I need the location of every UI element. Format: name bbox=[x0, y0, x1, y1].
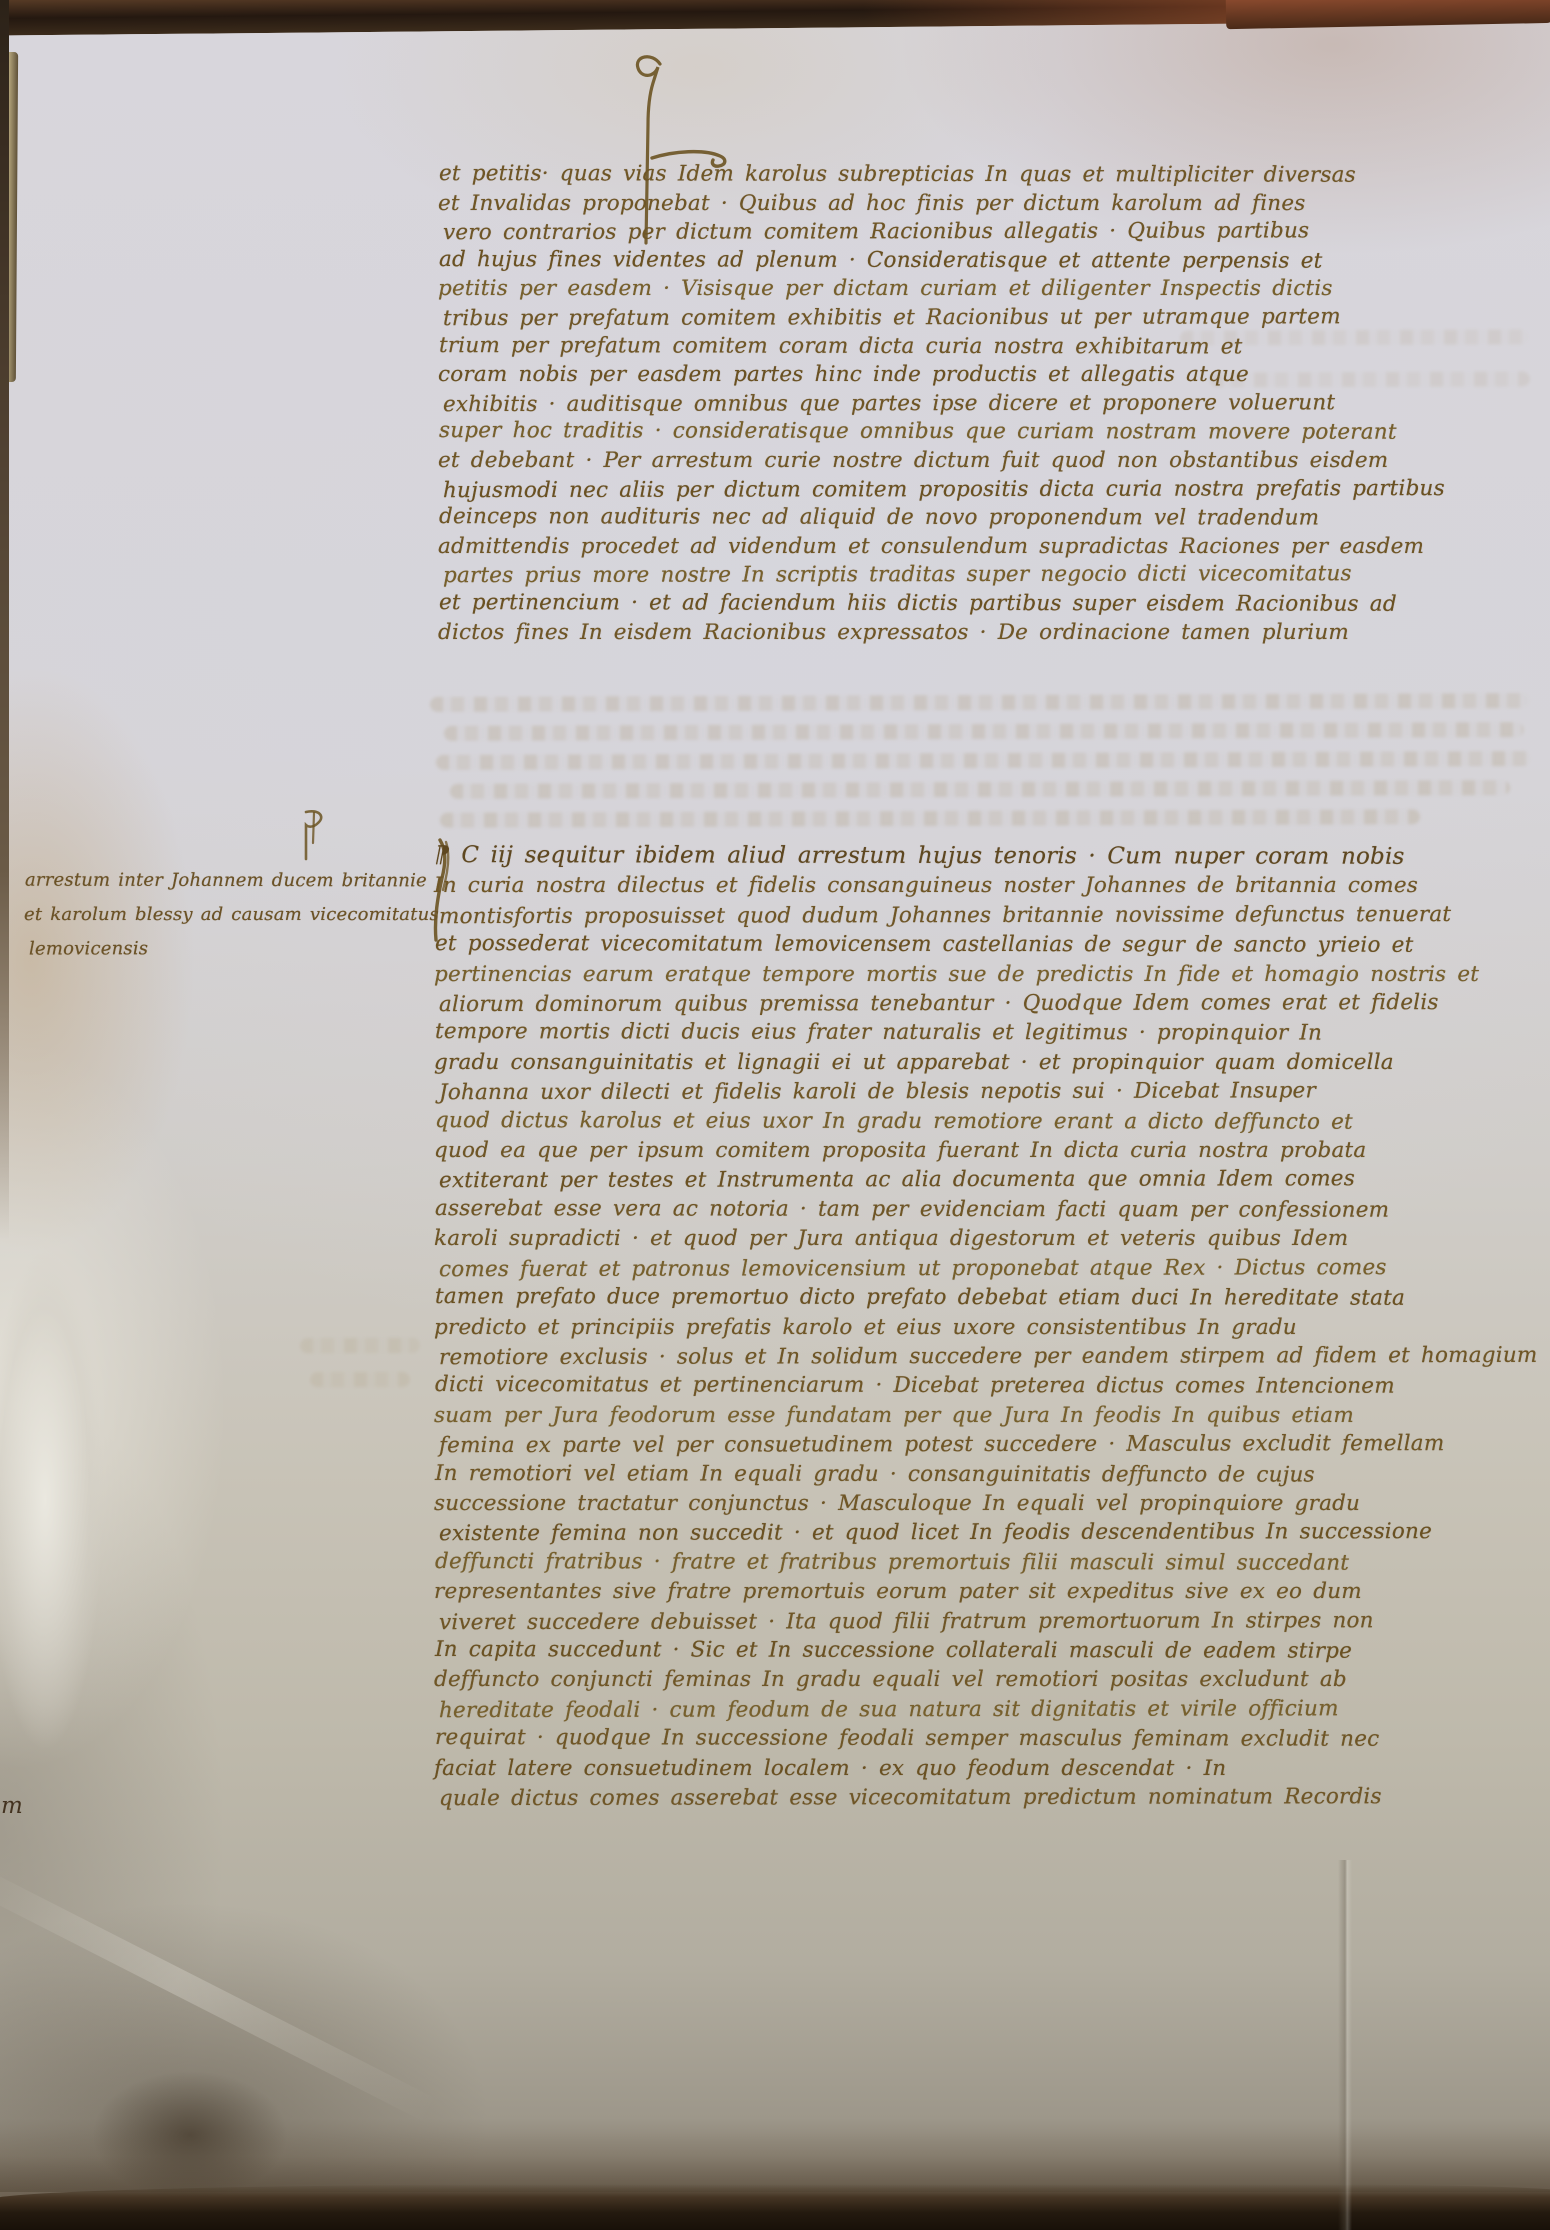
manuscript-line: dicti vicecomitatus et pertinenciarum · … bbox=[435, 1370, 1534, 1401]
manuscript-line: suam per Jura feodorum esse fundatam per… bbox=[434, 1401, 1534, 1430]
manuscript-line: admittendis procedet ad videndum et cons… bbox=[438, 533, 1530, 562]
manuscript-line: ad hujus fines videntes ad plenum · Cons… bbox=[439, 246, 1530, 276]
pilcrow-icon bbox=[296, 806, 336, 862]
stray-ink-mark: m bbox=[1, 1793, 23, 1819]
showthrough-line bbox=[310, 1372, 410, 1387]
manuscript-line: pertinencias earum eratque tempore morti… bbox=[434, 960, 1534, 989]
margin-note: arrestum inter Johannem ducem britanniee… bbox=[24, 864, 484, 966]
manuscript-line: super hoc traditis · consideratisque omn… bbox=[439, 417, 1530, 447]
manuscript-line: viveret succedere debuisset · Ita quod f… bbox=[439, 1605, 1534, 1637]
manuscript-photo: arrestum inter Johannem ducem britanniee… bbox=[0, 0, 1550, 2230]
manuscript-line: deinceps non audituris nec ad aliquid de… bbox=[439, 503, 1530, 533]
page-edge-left bbox=[0, 0, 9, 1240]
manuscript-line: ⁋ C iij sequitur ibidem aliud arrestum h… bbox=[435, 841, 1534, 872]
manuscript-line: et pertinencium · et ad faciendum hiis d… bbox=[439, 589, 1530, 619]
manuscript-line: deffuncto conjuncti feminas In gradu equ… bbox=[434, 1665, 1534, 1694]
manuscript-line: In curia nostra dilectus et fidelis cons… bbox=[434, 871, 1534, 900]
manuscript-line: trium per prefatum comitem coram dicta c… bbox=[439, 332, 1530, 362]
manuscript-line: extiterant per testes et Instrumenta ac … bbox=[439, 1164, 1534, 1196]
manuscript-line: asserebat esse vera ac notoria · tam per… bbox=[435, 1194, 1534, 1225]
manuscript-line: quod ea que per ipsum comitem proposita … bbox=[434, 1136, 1534, 1165]
manuscript-line: hereditate feodali · cum feodum de sua n… bbox=[439, 1694, 1534, 1726]
manuscript-line: predicto et principiis prefatis karolo e… bbox=[434, 1313, 1534, 1342]
manuscript-line: faciat latere consuetudinem localem · ex… bbox=[434, 1754, 1534, 1783]
text-block-1: et petitis· quas vias Idem karolus subre… bbox=[438, 161, 1530, 647]
manuscript-line: In remotiori vel etiam In equali gradu ·… bbox=[435, 1459, 1534, 1490]
manuscript-line: quale dictus comes asserebat esse viceco… bbox=[439, 1782, 1534, 1814]
manuscript-line: successione tractatur conjunctus · Mascu… bbox=[434, 1489, 1534, 1518]
text-block-2: ⁋ C iij sequitur ibidem aliud arrestum h… bbox=[434, 842, 1534, 1812]
manuscript-line: et debebant · Per arrestum curie nostre … bbox=[438, 447, 1530, 476]
manuscript-line: partes prius more nostre In scriptis tra… bbox=[443, 560, 1530, 591]
manuscript-line: karoli supradicti · et quod per Jura ant… bbox=[434, 1224, 1534, 1253]
manuscript-line: tribus per prefatum comitem exhibitis et… bbox=[443, 303, 1530, 334]
manuscript-line: montisfortis proposuisset quod dudum Joh… bbox=[439, 900, 1534, 932]
manuscript-line: Johanna uxor dilecti et fidelis karoli d… bbox=[439, 1076, 1534, 1108]
margin-note-line: arrestum inter Johannem ducem britannie bbox=[25, 864, 484, 899]
manuscript-line: existente femina non succedit · et quod … bbox=[439, 1517, 1534, 1549]
manuscript-line: In capita succedunt · Sic et In successi… bbox=[435, 1635, 1534, 1666]
manuscript-line: femina ex parte vel per consuetudinem po… bbox=[439, 1429, 1534, 1461]
manuscript-line: et possederat vicecomitatum lemovicensem… bbox=[435, 929, 1534, 960]
manuscript-line: dictos fines In eisdem Racionibus expres… bbox=[438, 619, 1530, 648]
manuscript-line: et Invalidas proponebat · Quibus ad hoc … bbox=[438, 190, 1530, 219]
manuscript-line: tempore mortis dicti ducis eius frater n… bbox=[435, 1017, 1534, 1048]
manuscript-line: remotiore exclusis · solus et In solidum… bbox=[439, 1341, 1534, 1373]
parchment-crease bbox=[1338, 1860, 1352, 2230]
manuscript-line: gradu consanguinitatis et lignagii ei ut… bbox=[434, 1048, 1534, 1077]
margin-note-line: lemovicensis bbox=[29, 932, 484, 967]
manuscript-line: coram nobis per easdem partes hinc inde … bbox=[438, 361, 1530, 390]
manuscript-line: tamen prefato duce premortuo dicto prefa… bbox=[435, 1282, 1534, 1313]
manuscript-line: quod dictus karolus et eius uxor In grad… bbox=[435, 1106, 1534, 1137]
manuscript-line: comes fuerat et patronus lemovicensium u… bbox=[439, 1253, 1534, 1285]
manuscript-line: deffuncti fratribus · fratre et fratribu… bbox=[435, 1547, 1534, 1578]
manuscript-line: hujusmodi nec aliis per dictum comitem p… bbox=[443, 474, 1530, 505]
manuscript-line: petitis per easdem · Visisque per dictam… bbox=[438, 275, 1530, 304]
showthrough-line bbox=[300, 1338, 420, 1353]
manuscript-line: aliorum dominorum quibus premissa teneba… bbox=[439, 988, 1534, 1020]
manuscript-line: exhibitis · auditisque omnibus que parte… bbox=[443, 389, 1530, 420]
manuscript-line: et petitis· quas vias Idem karolus subre… bbox=[439, 160, 1530, 190]
margin-note-line: et karolum blessy ad causam vicecomitatu… bbox=[24, 898, 484, 932]
manuscript-line: vero contrarios per dictum comitem Racio… bbox=[443, 217, 1530, 248]
manuscript-line: requirat · quodque In successione feodal… bbox=[435, 1723, 1534, 1754]
stain-bottom-left bbox=[60, 2050, 320, 2220]
manuscript-line: representantes sive fratre premortuis eo… bbox=[434, 1577, 1534, 1606]
